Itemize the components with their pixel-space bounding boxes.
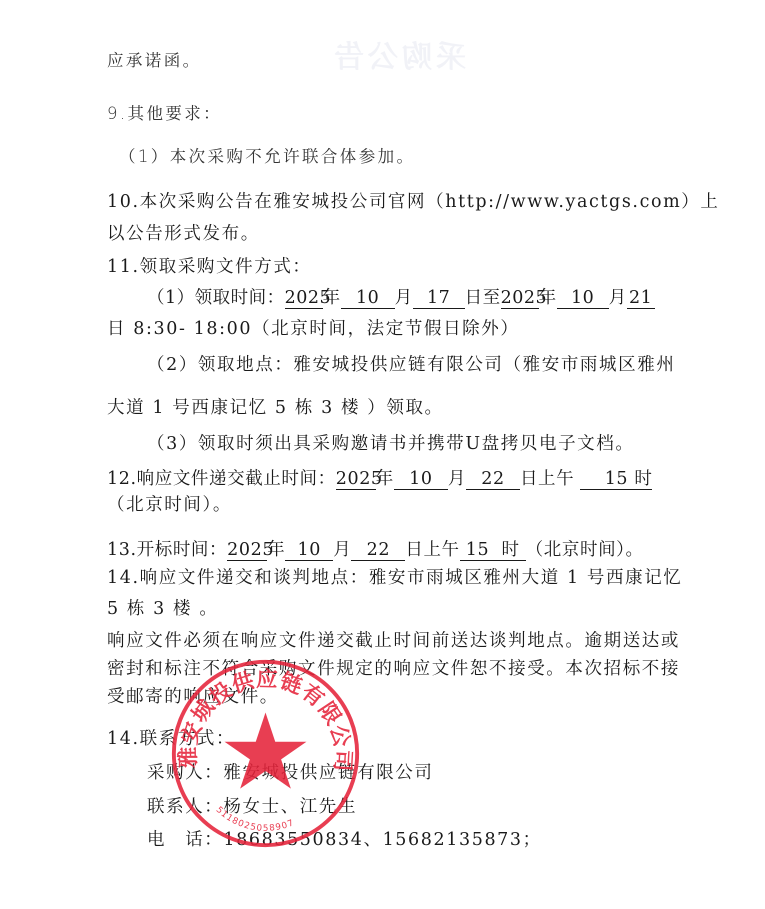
end-year: 2025 — [501, 289, 539, 309]
deadline-day: 22 — [466, 470, 520, 490]
bleed-through-title: 采购公告 — [330, 32, 466, 76]
hour-unit: 时 — [634, 469, 652, 489]
day-unit: 日上午 — [405, 540, 459, 560]
deadline-month: 10 — [394, 470, 448, 490]
section-14-submission-place-line-1: 14.响应文件递交和谈判地点：雅安市雨城区雅州大道 1 号西康记忆 — [107, 567, 682, 589]
month-unit: 月 — [395, 288, 413, 308]
day-unit: 日上午 — [520, 469, 574, 489]
hour-unit: 时 — [502, 540, 520, 560]
beijing-time-suffix: （北京时间）。 — [526, 540, 644, 560]
section-11-collection-time: （1）领取时间：2025年10月17日至2025年10月21 — [147, 287, 655, 309]
year-unit: 年 — [539, 288, 557, 308]
year-unit: 年 — [376, 469, 394, 489]
section-11-place-line-2: 大道 1 号西康记忆 5 栋 3 楼 ）领取。 — [107, 397, 444, 419]
year-unit: 年 — [267, 540, 285, 560]
section-11-heading: 11.领取采购文件方式： — [107, 256, 312, 278]
section-9-heading: 9.其他要求： — [107, 103, 222, 125]
seal-company-text: 雅安城投供应链有限公司 — [175, 666, 355, 773]
section-10-line-1: 10.本次采购公告在雅安城投公司官网（http://www.yactgs.com… — [107, 191, 720, 213]
deadline-year: 2025 — [336, 470, 376, 490]
deadline-label: 12.响应文件递交截止时间： — [107, 469, 336, 489]
section-11-item-3: （3）领取时须出具采购邀请书并携带U盘拷贝电子文档。 — [147, 433, 634, 455]
start-day: 17 — [413, 289, 465, 309]
contact-phone: 电 话：18683550834、15682135873； — [147, 829, 542, 851]
start-month: 10 — [341, 289, 395, 309]
section-10-line-2: 以公告形式发布。 — [107, 223, 260, 245]
notice-line-2: 密封和标注不符合采购文件规定的响应文件恕不接受。本次招标不接 — [107, 658, 680, 680]
section-13-opening-time: 13.开标时间：2025年10月22日上午15 时（北京时间）。 — [107, 539, 644, 561]
start-year: 2025 — [285, 289, 323, 309]
end-day: 21 — [627, 289, 655, 309]
section-14-contact-heading: 14.联系方式： — [107, 728, 235, 750]
document-page: 采购公告 应承诺函。 9.其他要求： （1）本次采购不允许联合体参加。 10.本… — [0, 0, 765, 909]
opening-month: 10 — [285, 541, 333, 561]
opening-hour: 15 时 — [460, 541, 526, 561]
contact-person: 联系人：杨女士、江先生 — [147, 796, 357, 818]
collection-time-label: （1）领取时间： — [147, 288, 285, 308]
end-month: 10 — [557, 289, 609, 309]
previous-section-tail: 应承诺函。 — [107, 50, 202, 72]
hour-value: 15 — [466, 540, 489, 560]
deadline-hour: 15 时 — [580, 470, 652, 490]
month-unit: 月 — [333, 540, 351, 560]
section-9-item-1: （1）本次采购不允许联合体参加。 — [119, 146, 415, 168]
opening-year: 2025 — [227, 541, 267, 561]
section-14-submission-place-line-2: 5 栋 3 楼 。 — [107, 598, 218, 620]
month-unit: 月 — [609, 288, 627, 308]
contact-buyer: 采购人：雅安城投供应链有限公司 — [147, 762, 434, 784]
notice-line-3: 受邮寄的响应文件。 — [107, 686, 279, 708]
section-11-place-line-1: （2）领取地点：雅安城投供应链有限公司（雅安市雨城区雅州 — [147, 354, 675, 376]
year-unit: 年 — [323, 288, 341, 308]
section-11-time-line-2: 日 8:30- 18:00（北京时间，法定节假日除外） — [107, 318, 519, 340]
opening-label: 13.开标时间： — [107, 540, 227, 560]
section-12-line-2: （北京时间）。 — [107, 494, 232, 516]
opening-day: 22 — [351, 541, 405, 561]
section-12-deadline: 12.响应文件递交截止时间：2025年10月22日上午 15 时 — [107, 468, 652, 490]
day-to: 日至 — [465, 288, 501, 308]
hour-value: 15 — [605, 469, 628, 489]
month-unit: 月 — [448, 469, 466, 489]
notice-line-1: 响应文件必须在响应文件递交截止时间前送达谈判地点。逾期送达或 — [107, 630, 680, 652]
